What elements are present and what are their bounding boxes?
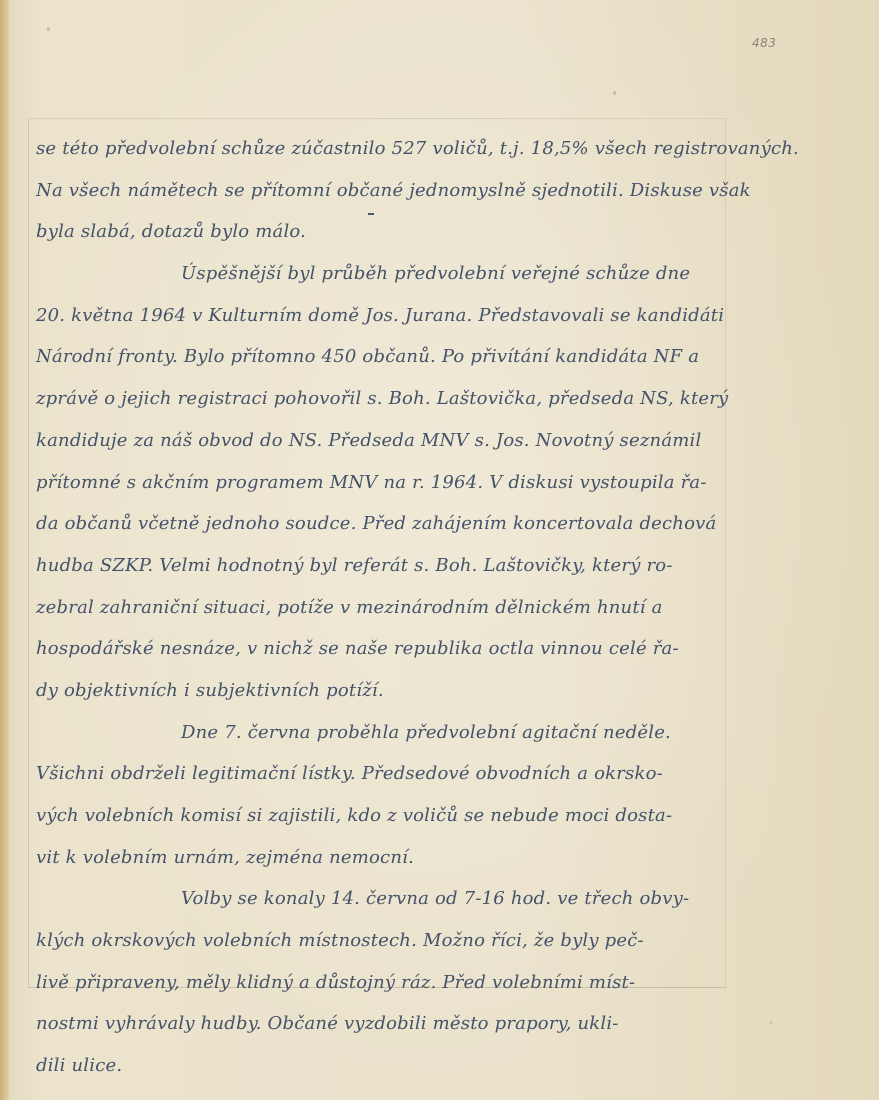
paper-speck — [770, 1021, 772, 1024]
text-line: dili ulice. — [36, 1045, 726, 1087]
text-line: přítomné s akčním programem MNV na r. 19… — [36, 462, 726, 504]
text-line: vých volebních komisí si zajistili, kdo … — [36, 795, 726, 837]
text-line: byla slabá, dotazů bylo málo. — [36, 211, 726, 253]
text-line: da občanů včetně jednoho soudce. Před za… — [36, 503, 726, 545]
paragraph-start-line: Dne 7. června proběhla předvolební agita… — [36, 712, 726, 754]
text-line: hospodářské nesnáze, v nichž se naše rep… — [36, 628, 726, 670]
paragraph-start-line: Volby se konaly 14. června od 7-16 hod. … — [36, 878, 726, 920]
paragraph-start-line: Úspěšnější byl průběh předvolební veřejn… — [36, 253, 726, 295]
paper-speck — [613, 91, 616, 95]
text-line: nostmi vyhrávaly hudby. Občané vyzdobili… — [36, 1003, 726, 1045]
text-line: 20. května 1964 v Kulturním domě Jos. Ju… — [36, 295, 726, 337]
paper-speck — [47, 27, 50, 31]
text-line: Všichni obdrželi legitimační lístky. Pře… — [36, 753, 726, 795]
text-line: Národní fronty. Bylo přítomno 450 občanů… — [36, 336, 726, 378]
text-line: livě připraveny, měly klidný a důstojný … — [36, 962, 726, 1004]
text-line: vit k volebním urnám, zejména nemocní. — [36, 837, 726, 879]
text-line: zebral zahraniční situaci, potíže v mezi… — [36, 587, 726, 629]
text-line: klých okrskových volebních místnostech. … — [36, 920, 726, 962]
handwritten-text-block: se této předvolební schůze zúčastnilo 52… — [36, 128, 726, 1087]
pen-dash-mark — [368, 213, 374, 215]
binding-edge — [0, 0, 10, 1100]
text-line: kandiduje za náš obvod do NS. Předseda M… — [36, 420, 726, 462]
text-line: hudba SZKP. Velmi hodnotný byl referát s… — [36, 545, 726, 587]
page-number: 483 — [752, 36, 776, 50]
text-line: dy objektivních i subjektivních potíží. — [36, 670, 726, 712]
text-line: Na všech námětech se přítomní občané jed… — [36, 170, 726, 212]
text-line: se této předvolební schůze zúčastnilo 52… — [36, 128, 726, 170]
text-line: zprávě o jejich registraci pohovořil s. … — [36, 378, 726, 420]
